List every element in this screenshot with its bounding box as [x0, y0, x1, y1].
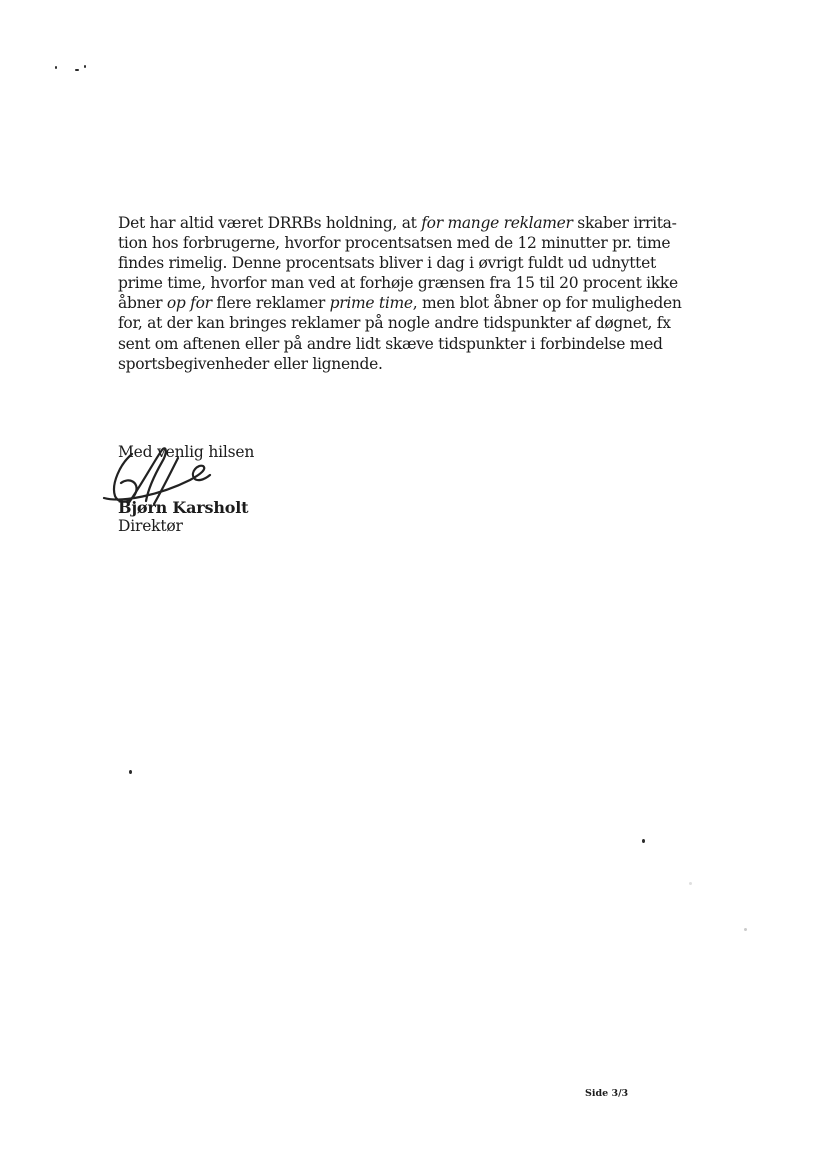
scan-speck — [84, 65, 86, 68]
paragraph-line: åbner op for flere reklamer prime time, … — [118, 293, 682, 313]
paragraph-line: Det har altid været DRRBs holdning, at f… — [118, 213, 682, 233]
paragraph-line: tion hos forbrugerne, hvorfor procentsat… — [118, 233, 682, 253]
closing-line: Med venlig hilsen — [118, 443, 254, 461]
paragraph-line: for, at der kan bringes reklamer på nogl… — [118, 313, 682, 333]
body-paragraph: Det har altid været DRRBs holdning, at f… — [118, 213, 682, 374]
scan-speck — [75, 69, 79, 71]
scan-speck — [129, 770, 132, 774]
signer-name: Bjørn Karsholt — [118, 498, 248, 517]
paragraph-line: findes rimelig. Denne procentsats bliver… — [118, 253, 682, 273]
page-number: Side 3/3 — [585, 1088, 628, 1099]
paragraph-line: sportsbegivenheder eller lignende. — [118, 354, 682, 374]
scan-speck — [744, 928, 747, 931]
letter-page: Det har altid været DRRBs holdning, at f… — [0, 0, 826, 1169]
scan-speck — [642, 839, 645, 843]
signer-title: Direktør — [118, 517, 183, 535]
scan-speck — [689, 882, 692, 885]
scan-speck — [55, 66, 57, 69]
paragraph-line: prime time, hvorfor man ved at forhøje g… — [118, 273, 682, 293]
paragraph-line: sent om aftenen eller på andre lidt skæv… — [118, 334, 682, 354]
